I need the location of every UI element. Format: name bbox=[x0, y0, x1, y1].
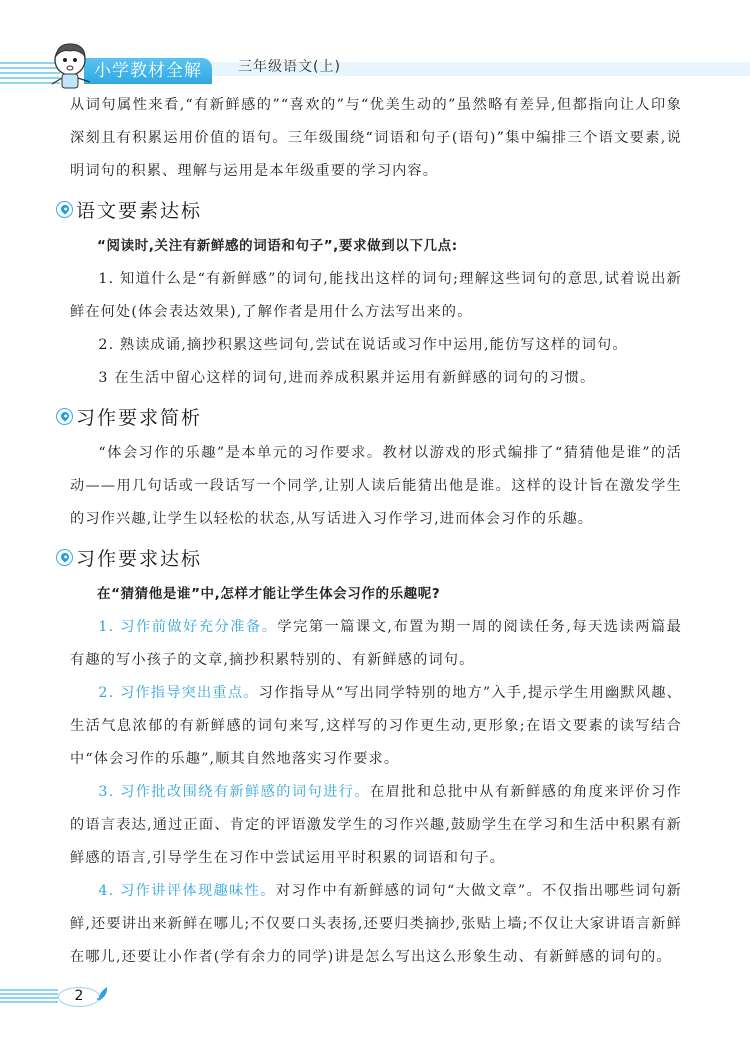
analysis-paragraph: “体会习作的乐趣”是本单元的习作要求。教材以游戏的形式编排了“猜猜他是谁”的活动… bbox=[70, 437, 682, 536]
footer-stripes-decoration bbox=[0, 989, 58, 1005]
grade-subject-label: 三年级语文(上) bbox=[238, 56, 341, 76]
item-heading: 2. 习作指导突出重点。 bbox=[98, 685, 258, 701]
section-title-writing-standards: 习作要求达标 bbox=[56, 542, 750, 572]
page-footer: 2 bbox=[0, 985, 200, 1015]
page-number: 2 bbox=[58, 987, 100, 1007]
list-item: 2. 习作指导突出重点。习作指导从“写出同学特别的地方”入手,提示学生用幽默风趣… bbox=[70, 677, 682, 776]
boy-mascot-icon bbox=[48, 40, 96, 92]
item-heading: 1. 习作前做好充分准备。 bbox=[98, 619, 277, 635]
list-item: 2. 熟读成诵,摘抄积累这些词句,尝试在说话或习作中运用,能仿写这样的词句。 bbox=[70, 329, 682, 362]
leaf-icon bbox=[96, 985, 110, 1003]
section-title-text: 语文要素达标 bbox=[76, 196, 202, 223]
item-heading: 3. 习作批改围绕有新鲜感的词句进行。 bbox=[98, 784, 370, 800]
list-item: 3 在生活中留心这样的词句,进而养成积累并运用有新鲜感的词句的习惯。 bbox=[70, 362, 682, 395]
location-pin-icon bbox=[56, 408, 73, 425]
section-lead: “阅读时,关注有新鲜感的词语和句子”,要求做到以下几点: bbox=[70, 230, 682, 263]
book-brand-title: 小学教材全解 bbox=[84, 58, 212, 84]
list-item: 3. 习作批改围绕有新鲜感的词句进行。在眉批和总批中从有新鲜感的角度来评价习作的… bbox=[70, 776, 682, 875]
location-pin-icon bbox=[56, 201, 73, 218]
list-item: 4. 习作讲评体现趣味性。对习作中有新鲜感的词句“大做文章”。不仅指出哪些词句新… bbox=[70, 875, 682, 974]
section-title-text: 习作要求简析 bbox=[76, 403, 202, 430]
list-item: 1. 知道什么是“有新鲜感”的词句,能找出这样的词句;理解这些词句的意思,试着说… bbox=[70, 263, 682, 329]
intro-paragraph: 从词句属性来看,“有新鲜感的”“喜欢的”与“优美生动的”虽然略有差异,但都指向让… bbox=[70, 89, 682, 188]
section-title-text: 习作要求达标 bbox=[76, 544, 202, 571]
page-content: 从词句属性来看,“有新鲜感的”“喜欢的”与“优美生动的”虽然略有差异,但都指向让… bbox=[70, 89, 750, 974]
list-item: 1. 习作前做好充分准备。学完第一篇课文,布置为期一周的阅读任务,每天选读两篇最… bbox=[70, 611, 682, 677]
section-lead: 在“猜猜他是谁”中,怎样才能让学生体会习作的乐趣呢? bbox=[70, 578, 682, 611]
location-pin-icon bbox=[56, 549, 73, 566]
section-title-chinese-elements: 语文要素达标 bbox=[56, 194, 750, 224]
item-heading: 4. 习作讲评体现趣味性。 bbox=[98, 883, 275, 899]
page-header: 小学教材全解 三年级语文(上) bbox=[0, 40, 750, 92]
section-title-writing-analysis: 习作要求简析 bbox=[56, 401, 750, 431]
